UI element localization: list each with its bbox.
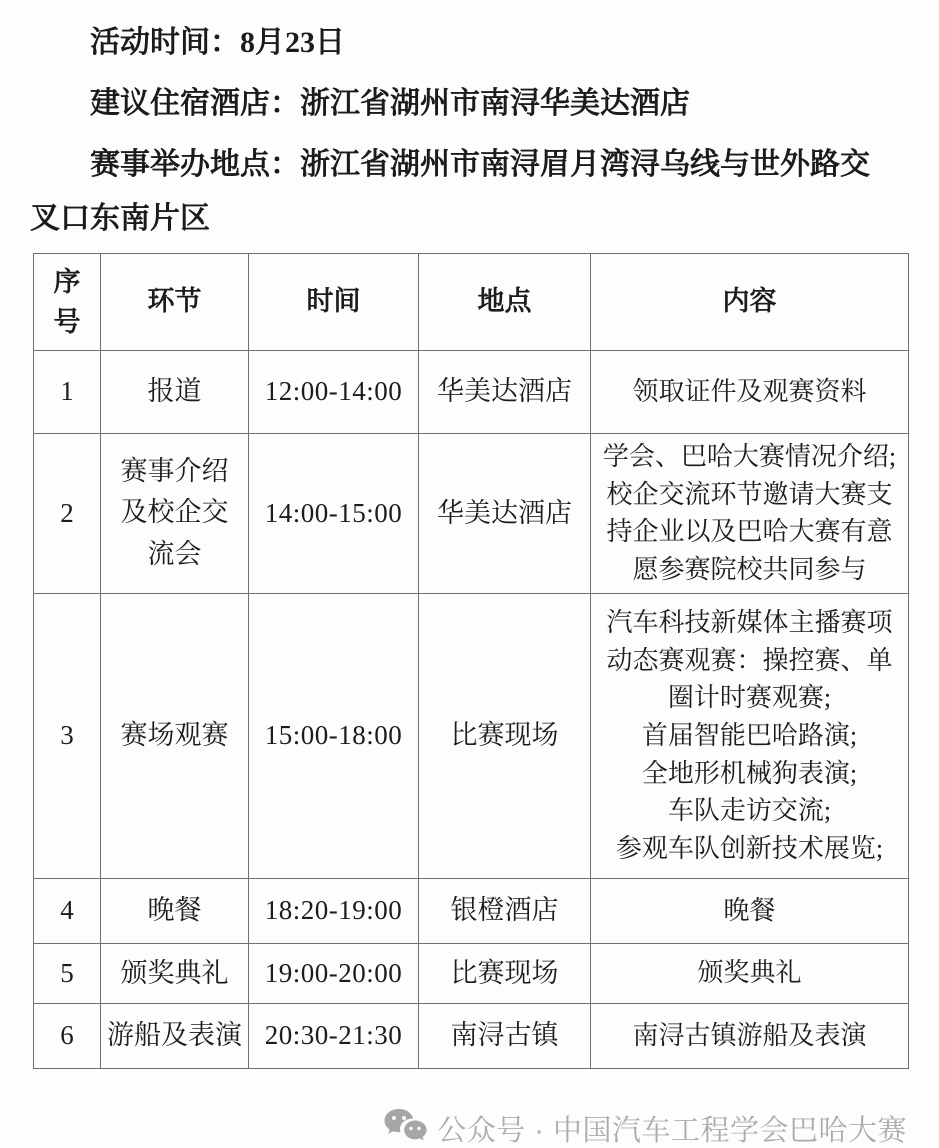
row2-stage: 赛事介绍及校企交流会 bbox=[101, 434, 249, 594]
row2-time: 14:00-15:00 bbox=[249, 434, 419, 594]
row6-stage: 游船及表演 bbox=[101, 1003, 249, 1068]
row1-content: 领取证件及观赛资料 bbox=[591, 351, 909, 434]
row4-stage: 晚餐 bbox=[101, 878, 249, 943]
row3-no: 3 bbox=[34, 593, 101, 878]
row2-stage-label: 赛事介绍及校企交流会 bbox=[114, 451, 236, 577]
col-header-no-label: 序号 bbox=[51, 262, 83, 343]
col-header-place: 地点 bbox=[419, 254, 591, 351]
row5-no: 5 bbox=[34, 943, 101, 1003]
schedule-table: 序号 环节 时间 地点 内容 1 报道 12:00-14:00 华美达酒店 领取… bbox=[33, 253, 909, 1069]
col-header-time: 时间 bbox=[249, 254, 419, 351]
row3-stage: 赛场观赛 bbox=[101, 593, 249, 878]
row3-time: 15:00-18:00 bbox=[249, 593, 419, 878]
row6-no: 6 bbox=[34, 1003, 101, 1068]
row2-no: 2 bbox=[34, 434, 101, 594]
table-row: 1 报道 12:00-14:00 华美达酒店 领取证件及观赛资料 bbox=[34, 351, 909, 434]
table-row: 4 晚餐 18:20-19:00 银橙酒店 晚餐 bbox=[34, 878, 909, 943]
row5-stage: 颁奖典礼 bbox=[101, 943, 249, 1003]
row6-place: 南浔古镇 bbox=[419, 1003, 591, 1068]
col-header-content: 内容 bbox=[591, 254, 909, 351]
row5-place: 比赛现场 bbox=[419, 943, 591, 1003]
row1-no: 1 bbox=[34, 351, 101, 434]
wechat-account-label: 公众号 · 中国汽车工程学会巴哈大赛 bbox=[437, 1108, 907, 1148]
row4-content: 晚餐 bbox=[591, 878, 909, 943]
row2-content: 学会、巴哈大赛情况介绍;校企交流环节邀请大赛支持企业以及巴哈大赛有意愿参赛院校共… bbox=[591, 434, 909, 594]
intro-paragraphs: 活动时间：8月23日 建议住宿酒店：浙江省湖州市南浔华美达酒店 赛事举办地点：浙… bbox=[0, 0, 875, 246]
row3-place: 比赛现场 bbox=[419, 593, 591, 878]
row1-time: 12:00-14:00 bbox=[249, 351, 419, 434]
row5-content: 颁奖典礼 bbox=[591, 943, 909, 1003]
wechat-account-footer: 公众号 · 中国汽车工程学会巴哈大赛 bbox=[0, 1107, 939, 1148]
table-row: 5 颁奖典礼 19:00-20:00 比赛现场 颁奖典礼 bbox=[34, 943, 909, 1003]
wechat-icon bbox=[383, 1107, 427, 1148]
document-page: 活动时间：8月23日 建议住宿酒店：浙江省湖州市南浔华美达酒店 赛事举办地点：浙… bbox=[0, 0, 939, 1148]
col-header-stage: 环节 bbox=[101, 254, 249, 351]
row4-place: 银橙酒店 bbox=[419, 878, 591, 943]
row4-no: 4 bbox=[34, 878, 101, 943]
row2-place: 华美达酒店 bbox=[419, 434, 591, 594]
table-row: 2 赛事介绍及校企交流会 14:00-15:00 华美达酒店 学会、巴哈大赛情况… bbox=[34, 434, 909, 594]
row1-place: 华美达酒店 bbox=[419, 351, 591, 434]
intro-line-venue: 赛事举办地点：浙江省湖州市南浔眉月湾浔乌线与世外路交叉口东南片区 bbox=[30, 138, 875, 246]
table-row: 6 游船及表演 20:30-21:30 南浔古镇 南浔古镇游船及表演 bbox=[34, 1003, 909, 1068]
row5-time: 19:00-20:00 bbox=[249, 943, 419, 1003]
row4-time: 18:20-19:00 bbox=[249, 878, 419, 943]
intro-line-hotel: 建议住宿酒店：浙江省湖州市南浔华美达酒店 bbox=[30, 77, 875, 131]
row6-time: 20:30-21:30 bbox=[249, 1003, 419, 1068]
row6-content: 南浔古镇游船及表演 bbox=[591, 1003, 909, 1068]
col-header-no: 序号 bbox=[34, 254, 101, 351]
row3-content: 汽车科技新媒体主播赛项 动态赛观赛：操控赛、单圈计时赛观赛; 首届智能巴哈路演;… bbox=[591, 593, 909, 878]
table-row: 3 赛场观赛 15:00-18:00 比赛现场 汽车科技新媒体主播赛项 动态赛观… bbox=[34, 593, 909, 878]
table-header-row: 序号 环节 时间 地点 内容 bbox=[34, 254, 909, 351]
intro-line-activity-time: 活动时间：8月23日 bbox=[30, 16, 875, 70]
row1-stage: 报道 bbox=[101, 351, 249, 434]
